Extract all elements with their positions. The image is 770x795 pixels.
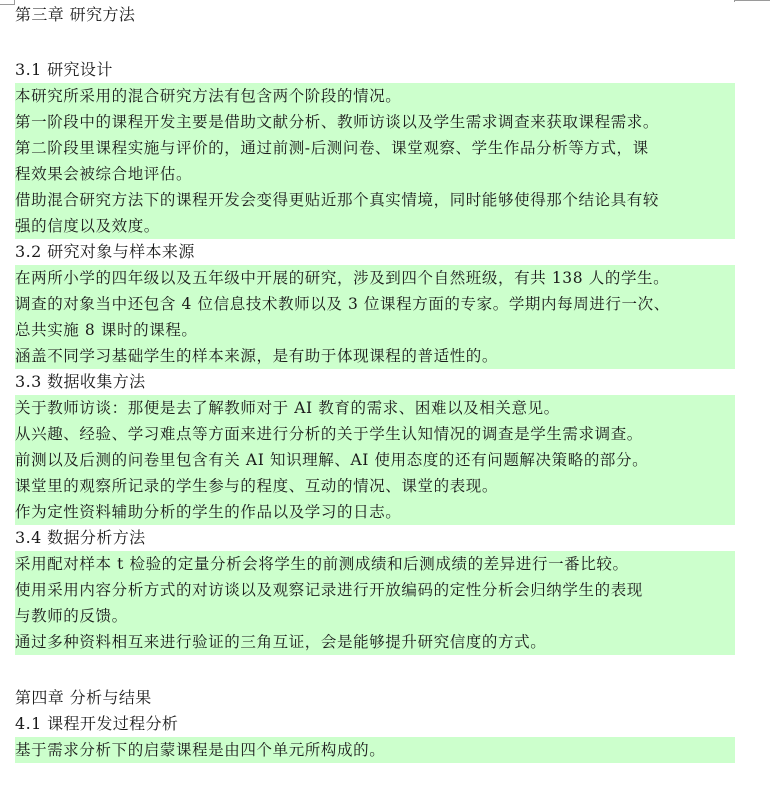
paragraph-line: 与教师的反馈。 xyxy=(15,603,735,629)
paragraph-line: 在两所小学的四年级以及五年级中开展的研究，涉及到四个自然班级，有共 138 人的… xyxy=(15,265,735,291)
paragraph-line: 从兴趣、经验、学习难点等方面来进行分析的关于学生认知情况的调查是学生需求调查。 xyxy=(15,421,735,447)
paragraph-line: 课堂里的观察所记录的学生参与的程度、互动的情况、课堂的表现。 xyxy=(15,473,735,499)
paragraph-line: 关于教师访谈：那便是去了解教师对于 AI 教育的需求、困难以及相关意见。 xyxy=(15,395,735,421)
paragraph-line: 借助混合研究方法下的课程开发会变得更贴近那个真实情境，同时能够使得那个结论具有较 xyxy=(15,187,735,213)
section-3-2-heading: 3.2 研究对象与样本来源 xyxy=(15,239,735,265)
paragraph-line: 作为定性资料辅助分析的学生的作品以及学习的日志。 xyxy=(15,499,735,525)
section-4-1-heading: 4.1 课程开发过程分析 xyxy=(15,711,735,737)
section-3-1-body: 本研究所采用的混合研究方法有包含两个阶段的情况。 第一阶段中的课程开发主要是借助… xyxy=(15,83,735,239)
paragraph-line: 采用配对样本 t 检验的定量分析会将学生的前测成绩和后测成绩的差异进行一番比较。 xyxy=(15,551,735,577)
section-3-3-body: 关于教师访谈：那便是去了解教师对于 AI 教育的需求、困难以及相关意见。 从兴趣… xyxy=(15,395,735,525)
paragraph-line: 使用采用内容分析方式的对访谈以及观察记录进行开放编码的定性分析会归纳学生的表现 xyxy=(15,577,735,603)
paragraph-line: 第一阶段中的课程开发主要是借助文献分析、教师访谈以及学生需求调查来获取课程需求。 xyxy=(15,109,735,135)
paragraph-line: 第二阶段里课程实施与评价的，通过前测-后测问卷、课堂观察、学生作品分析等方式，课 xyxy=(15,135,735,161)
document-page: 第三章 研究方法 3.1 研究设计 本研究所采用的混合研究方法有包含两个阶段的情… xyxy=(15,0,735,763)
section-4-1-body: 基于需求分析下的启蒙课程是由四个单元所构成的。 xyxy=(15,737,735,763)
paragraph-line: 调查的对象当中还包含 4 位信息技术教师以及 3 位课程方面的专家。学期内每周进… xyxy=(15,291,735,317)
paragraph-line: 程效果会被综合地评估。 xyxy=(15,161,735,187)
section-3-3-heading: 3.3 数据收集方法 xyxy=(15,369,735,395)
section-3-1-heading: 3.1 研究设计 xyxy=(15,57,735,83)
paragraph-line: 基于需求分析下的启蒙课程是由四个单元所构成的。 xyxy=(15,737,735,763)
blank-line xyxy=(15,30,735,57)
paragraph-line: 强的信度以及效度。 xyxy=(15,213,735,239)
blank-line xyxy=(15,655,735,685)
chapter-3-title: 第三章 研究方法 xyxy=(15,0,735,30)
paragraph-line: 本研究所采用的混合研究方法有包含两个阶段的情况。 xyxy=(15,83,735,109)
paragraph-line: 通过多种资料相互来进行验证的三角互证，会是能够提升研究信度的方式。 xyxy=(15,629,735,655)
page-corner-mark-left xyxy=(0,0,15,5)
paragraph-line: 总共实施 8 课时的课程。 xyxy=(15,317,735,343)
paragraph-line: 涵盖不同学习基础学生的样本来源，是有助于体现课程的普适性的。 xyxy=(15,343,735,369)
section-3-4-heading: 3.4 数据分析方法 xyxy=(15,525,735,551)
page-corner-mark-right xyxy=(734,0,770,2)
paragraph-line: 前测以及后测的问卷里包含有关 AI 知识理解、AI 使用态度的还有问题解决策略的… xyxy=(15,447,735,473)
section-3-4-body: 采用配对样本 t 检验的定量分析会将学生的前测成绩和后测成绩的差异进行一番比较。… xyxy=(15,551,735,655)
chapter-4-title: 第四章 分析与结果 xyxy=(15,685,735,711)
section-3-2-body: 在两所小学的四年级以及五年级中开展的研究，涉及到四个自然班级，有共 138 人的… xyxy=(15,265,735,369)
